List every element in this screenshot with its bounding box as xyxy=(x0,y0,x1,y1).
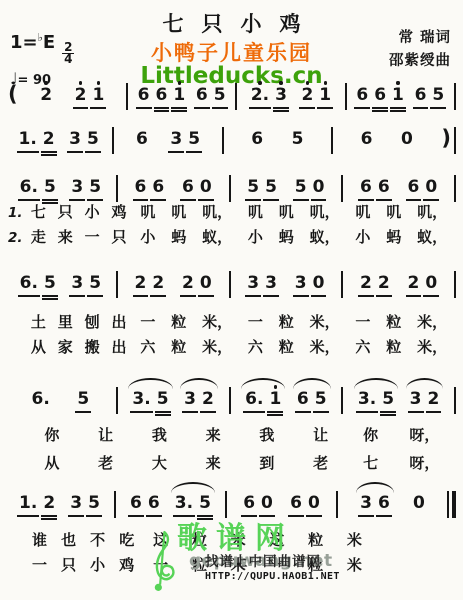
duration-underlines xyxy=(408,409,424,418)
note: 6 xyxy=(130,488,142,522)
lyric-word: 一 xyxy=(269,554,284,575)
duration-underlines xyxy=(41,513,57,522)
lyric-word: 一 xyxy=(140,311,155,332)
note-digit: 5 xyxy=(295,178,307,197)
underline xyxy=(130,411,152,413)
lyric-word: 从 xyxy=(31,336,46,357)
underline xyxy=(87,295,103,297)
slur-arc xyxy=(241,378,285,389)
barline xyxy=(341,387,343,414)
underline xyxy=(41,518,57,520)
note-digit: 2 xyxy=(152,274,164,293)
underline xyxy=(267,411,283,413)
underline xyxy=(406,295,422,297)
underline xyxy=(259,515,275,517)
note: 5 xyxy=(157,384,169,418)
note-group: 65 xyxy=(194,80,228,114)
note-group: 3.5 xyxy=(173,488,213,522)
underline xyxy=(413,107,429,109)
note-digit: 2 xyxy=(75,86,87,105)
note: 1 xyxy=(392,80,404,114)
note: 2 xyxy=(152,268,164,302)
note: 3 xyxy=(360,488,372,522)
duration-underlines xyxy=(68,513,84,522)
note-group: 6 xyxy=(134,124,150,158)
barline xyxy=(336,491,338,518)
lyric-word: 蚂 xyxy=(279,226,294,247)
note-digit: 6 xyxy=(152,178,164,197)
note-digit: 5 xyxy=(157,390,169,409)
note-group: 66 xyxy=(128,488,162,522)
barline xyxy=(447,491,449,518)
duration-underlines xyxy=(42,293,58,302)
lyric-word: 蚂 xyxy=(386,226,401,247)
note: 2 xyxy=(182,268,194,302)
lyric-word: 小 xyxy=(90,554,105,575)
slur-arc xyxy=(180,378,218,389)
duration-underlines xyxy=(359,149,375,158)
underline xyxy=(288,515,304,517)
lyric-word: 老 xyxy=(313,452,328,473)
note: 6 xyxy=(297,384,309,418)
barline xyxy=(222,127,224,154)
duration-underlines xyxy=(180,293,196,302)
barline xyxy=(126,83,128,110)
lyric-word: 叽 xyxy=(248,201,263,222)
duration-underlines xyxy=(198,293,214,302)
slur-arc xyxy=(171,482,215,493)
lyric-segment: 谁也不吃 xyxy=(25,529,141,550)
lyric-word: 叽 xyxy=(140,201,155,222)
lyric-word: 蚁， xyxy=(310,226,340,247)
note-digit: 6 xyxy=(378,178,390,197)
lyric-word: 来 xyxy=(58,226,73,247)
lyric-word: 六 xyxy=(248,336,263,357)
note-digit: 3 xyxy=(275,86,287,105)
underline xyxy=(128,515,144,517)
duration-underlines xyxy=(354,105,370,114)
note-digit: 6 xyxy=(408,178,420,197)
duration-underlines xyxy=(30,409,52,418)
lyric-word: 米， xyxy=(417,311,447,332)
measure: 2220 xyxy=(344,268,453,302)
duration-underlines xyxy=(146,513,162,522)
note: 2 xyxy=(43,124,55,158)
note-group: 20 xyxy=(406,268,440,302)
duration-underlines xyxy=(73,105,89,114)
note: 0 xyxy=(413,488,425,522)
underline xyxy=(273,110,289,112)
sheet-music-page: 七只小鸡 1=♭E24 ♩= 90 常 瑞词 邵紫绶曲 小鸭子儿童乐园 Litt… xyxy=(0,0,463,600)
duration-underlines xyxy=(133,293,149,302)
note-group: 3.5 xyxy=(356,384,396,418)
underline xyxy=(146,515,162,517)
note-digit: 6 xyxy=(196,86,208,105)
measure: 6.165 xyxy=(232,384,341,418)
note-group: 36 xyxy=(358,488,392,522)
note-digit: 3 xyxy=(71,178,83,197)
slur-arc xyxy=(128,378,172,389)
note: 5 xyxy=(315,384,327,418)
lyric-word: 粒 xyxy=(308,529,323,550)
duration-underlines xyxy=(85,149,101,158)
note: 3. xyxy=(358,384,376,418)
note: 1 xyxy=(319,80,331,114)
underline xyxy=(317,107,333,109)
duration-underlines xyxy=(243,409,265,418)
barline xyxy=(116,387,118,414)
note: 6 xyxy=(361,124,373,158)
note-group: 65 xyxy=(413,80,447,114)
barline xyxy=(114,491,116,518)
note-group: 2.3 xyxy=(249,80,289,114)
note-group: 3.5 xyxy=(130,384,170,418)
lyric-word: 也 xyxy=(61,529,76,550)
note: 3 xyxy=(69,124,81,158)
underline xyxy=(155,414,171,416)
underline xyxy=(313,411,329,413)
note: 0 xyxy=(401,124,413,158)
duration-underlines xyxy=(182,409,198,418)
underline xyxy=(408,411,424,413)
duration-underlines xyxy=(299,105,315,114)
measure: 3.532 xyxy=(344,384,453,418)
duration-underlines xyxy=(290,149,306,158)
duration-underlines xyxy=(306,513,322,522)
note-digit: 3. xyxy=(175,494,193,513)
duration-underlines xyxy=(358,513,374,522)
underline xyxy=(154,107,170,109)
note-digit: 0 xyxy=(200,274,212,293)
key-signature: 1=♭E24 xyxy=(10,26,74,65)
duration-underlines xyxy=(173,513,195,522)
note-group: 0 xyxy=(411,488,427,522)
note: 1. xyxy=(19,488,37,522)
note-digit: 3. xyxy=(358,390,376,409)
note-group: 0 xyxy=(399,124,415,158)
lyric-word: 米， xyxy=(202,311,232,332)
note: 5 xyxy=(188,124,200,158)
note: 1. xyxy=(19,124,37,158)
music-line: 1.2356356560) xyxy=(6,124,457,158)
duration-underlines xyxy=(376,293,392,302)
lyric-word: 搬 xyxy=(85,336,100,357)
underline xyxy=(85,151,101,153)
underline xyxy=(380,411,396,413)
barline xyxy=(454,83,456,110)
lyric-word: 小 xyxy=(140,226,155,247)
underline xyxy=(390,110,406,112)
lyric-word: 粒 xyxy=(386,336,401,357)
lyric-word: 从 xyxy=(44,452,59,473)
note: 0 xyxy=(313,268,325,302)
note: 5 xyxy=(77,384,89,418)
lyric-segment: 大来 xyxy=(133,452,241,473)
lyric-segment: 一粒米 xyxy=(258,554,374,575)
note: 2 xyxy=(301,80,313,114)
note: 6 xyxy=(138,80,150,114)
note-digit: 6 xyxy=(356,86,368,105)
note-digit: 3. xyxy=(132,390,150,409)
note-digit: 2 xyxy=(360,274,372,293)
note: 6 xyxy=(415,80,427,114)
note-digit: 5 xyxy=(292,130,304,149)
underline xyxy=(180,295,196,297)
lyric-word: 蚂 xyxy=(171,226,186,247)
note-digit: 5 xyxy=(247,178,259,197)
note-group: 6.1 xyxy=(243,384,283,418)
note-digit: 5 xyxy=(199,494,211,513)
duration-underlines xyxy=(259,513,275,522)
lyric-segment: 一粒米， xyxy=(348,311,456,332)
time-signature: 24 xyxy=(62,42,74,65)
note-digit: 5 xyxy=(432,86,444,105)
duration-underlines xyxy=(311,293,327,302)
note: 1 xyxy=(269,384,281,418)
open-paren: ( xyxy=(8,81,18,108)
note: 3 xyxy=(410,384,422,418)
underline xyxy=(133,295,149,297)
lyric-word: 到 xyxy=(259,452,274,473)
slur-arc xyxy=(354,378,398,389)
note-digit: 3 xyxy=(410,390,422,409)
note-group: 2 xyxy=(38,80,54,114)
barline xyxy=(454,127,456,154)
lyric-word: 里 xyxy=(58,311,73,332)
lyric-word: 一 xyxy=(153,554,168,575)
lyric-segment: 从老 xyxy=(25,452,133,473)
note-digit: 5 xyxy=(44,274,56,293)
measure: 60 xyxy=(334,124,439,158)
lyric-word: 你 xyxy=(363,424,378,445)
note: 6 xyxy=(196,80,208,114)
note-digit: 0 xyxy=(425,274,437,293)
duration-underlines xyxy=(358,293,374,302)
barline xyxy=(225,491,227,518)
lyric-word: 刨 xyxy=(85,311,100,332)
lyric-word: 一 xyxy=(85,226,100,247)
note-digit: 5 xyxy=(88,494,100,513)
lyric-word: 米， xyxy=(310,311,340,332)
lyric-segment: 一粒米， xyxy=(133,311,241,332)
underline xyxy=(356,411,378,413)
note-digit: 0 xyxy=(313,274,325,293)
note: 5 xyxy=(89,268,101,302)
note-digit: 2. xyxy=(251,86,269,105)
note-group: 65 xyxy=(295,384,329,418)
underline xyxy=(42,295,58,297)
note-digit: 0 xyxy=(200,178,212,197)
lyric-segment: 我来 xyxy=(133,424,241,445)
barline xyxy=(454,271,456,298)
duration-underlines xyxy=(87,293,103,302)
duration-underlines xyxy=(168,149,184,158)
final-barline xyxy=(452,491,456,518)
lyric-word: 米， xyxy=(202,336,232,357)
lyric-word: 只 xyxy=(112,226,127,247)
lyric-segment: 到老 xyxy=(240,452,348,473)
note-digit: 6 xyxy=(415,86,427,105)
lyric-word: 粒 xyxy=(171,336,186,357)
lyric-word: 出 xyxy=(112,311,127,332)
note-digit: 6. xyxy=(32,390,50,409)
duration-underlines xyxy=(413,105,429,114)
note-digit: 3 xyxy=(360,494,372,513)
music-line: 6.53.5326.1653.532 xyxy=(6,384,457,418)
lyric-word: 这 xyxy=(153,529,168,550)
underline xyxy=(423,295,439,297)
lyric-row: 从老大来到老七呀， xyxy=(8,452,455,473)
underline xyxy=(182,411,198,413)
note: 6 xyxy=(251,124,263,158)
duration-underlines xyxy=(263,293,279,302)
lyric-word: 一 xyxy=(32,554,47,575)
underline xyxy=(200,411,216,413)
underline xyxy=(212,107,228,109)
duration-underlines xyxy=(249,149,265,158)
lyric-word: 鸡 xyxy=(119,554,134,575)
note-digit: 3 xyxy=(170,130,182,149)
measure: 6.535 xyxy=(6,268,115,302)
underline xyxy=(243,411,265,413)
note: 1 xyxy=(92,80,104,114)
lyric-word: 出 xyxy=(112,336,127,357)
lyric-word: 蚁， xyxy=(417,226,447,247)
lyric-word: 粒 xyxy=(386,311,401,332)
lyric-segment: 叽叽叽， xyxy=(348,201,456,222)
lyric-segment: 一粒米 xyxy=(141,554,257,575)
lyric-word: 只 xyxy=(58,201,73,222)
note-digit: 6. xyxy=(20,178,38,197)
lyric-row: 从家搬出六粒米，六粒米，六粒米， xyxy=(8,336,455,357)
note-digit: 1 xyxy=(319,86,331,105)
measure: 66165 xyxy=(129,80,234,114)
note-group: 35 xyxy=(68,488,102,522)
note-group: 35 xyxy=(168,124,202,158)
note: 3 xyxy=(275,80,287,114)
note-digit: 1 xyxy=(392,86,404,105)
duration-underlines xyxy=(356,409,378,418)
note-group: 32 xyxy=(182,384,216,418)
lyric-word: 吃 xyxy=(119,529,134,550)
note-digit: 2 xyxy=(40,86,52,105)
underline xyxy=(197,518,213,520)
lyric-word: 七 xyxy=(363,452,378,473)
duration-underlines xyxy=(406,293,422,302)
lyric-word: 呀， xyxy=(409,452,439,473)
lyric-word: 鸡 xyxy=(112,201,127,222)
note-digit: 6 xyxy=(136,130,148,149)
lyric-word: 叽 xyxy=(279,201,294,222)
lyric-word: 这 xyxy=(269,529,284,550)
note: 2 xyxy=(428,384,440,418)
note-digit: 1 xyxy=(173,86,185,105)
measure: 6060 xyxy=(228,488,335,522)
note-digit: 6 xyxy=(290,494,302,513)
lyric-segment: 走来一只 xyxy=(25,226,133,247)
lyric-word: 小 xyxy=(355,226,370,247)
note: 2 xyxy=(360,268,372,302)
duration-underlines xyxy=(150,293,166,302)
lyric-word: 老 xyxy=(98,452,113,473)
note-digit: 2 xyxy=(408,274,420,293)
lyric-word: 谁 xyxy=(32,529,47,550)
note-group: 32 xyxy=(408,384,442,418)
note-group: 6 xyxy=(359,124,375,158)
note-group: 5 xyxy=(290,124,306,158)
duration-underlines xyxy=(267,409,283,418)
measure: 3.532 xyxy=(119,384,228,418)
underline xyxy=(67,151,83,153)
note: 2. xyxy=(251,80,269,114)
measure: 635 xyxy=(115,124,220,158)
note-digit: 6 xyxy=(148,494,160,513)
lyric-word: 土 xyxy=(31,311,46,332)
note-digit: 0 xyxy=(261,494,273,513)
measure: 2220 xyxy=(119,268,228,302)
note-digit: 5 xyxy=(265,178,277,197)
note-group: 30 xyxy=(293,268,327,302)
note: 5 xyxy=(199,488,211,522)
note: 3 xyxy=(265,268,277,302)
note-digit: 6 xyxy=(138,86,150,105)
note-group: 21 xyxy=(299,80,333,114)
lyric-word: 不 xyxy=(90,529,105,550)
underline xyxy=(198,295,214,297)
lyric-word: 叽， xyxy=(417,201,447,222)
note: 2 xyxy=(408,268,420,302)
music-line: (221661652.32166165 xyxy=(6,80,457,114)
note: 5 xyxy=(432,80,444,114)
note: 2 xyxy=(40,80,52,114)
lyric-word: 七 xyxy=(31,201,46,222)
note-digit: 2 xyxy=(43,494,55,513)
underline xyxy=(173,515,195,517)
note: 3. xyxy=(132,384,150,418)
note-digit: 3 xyxy=(70,494,82,513)
note-digit: 0 xyxy=(425,178,437,197)
note: 0 xyxy=(425,268,437,302)
note-digit: 2 xyxy=(182,274,194,293)
duration-underlines xyxy=(423,293,439,302)
underline xyxy=(171,107,187,109)
note-digit: 0 xyxy=(401,130,413,149)
lyric-word: 家 xyxy=(58,336,73,357)
slur-arc xyxy=(406,378,444,389)
note: 6. xyxy=(32,384,50,418)
note: 6 xyxy=(136,124,148,158)
lyric-segment: 土里刨出 xyxy=(25,311,133,332)
barline xyxy=(341,271,343,298)
lyric-word: 叽， xyxy=(202,201,232,222)
note-digit: 3 xyxy=(71,274,83,293)
note-group: 22 xyxy=(358,268,392,302)
lyric-word: 让 xyxy=(313,424,328,445)
note-group: 33 xyxy=(245,268,279,302)
note-digit: 3 xyxy=(69,130,81,149)
duration-underlines xyxy=(293,293,309,302)
lyric-segment: 六粒米， xyxy=(240,336,348,357)
note: 5 xyxy=(292,124,304,158)
lyric-word: 米 xyxy=(231,529,246,550)
duration-underlines xyxy=(390,105,406,114)
lyric-word: 走 xyxy=(31,226,46,247)
underline xyxy=(241,515,257,517)
underline xyxy=(372,110,388,112)
underline xyxy=(136,107,152,109)
note: 3 xyxy=(295,268,307,302)
underline xyxy=(306,515,322,517)
